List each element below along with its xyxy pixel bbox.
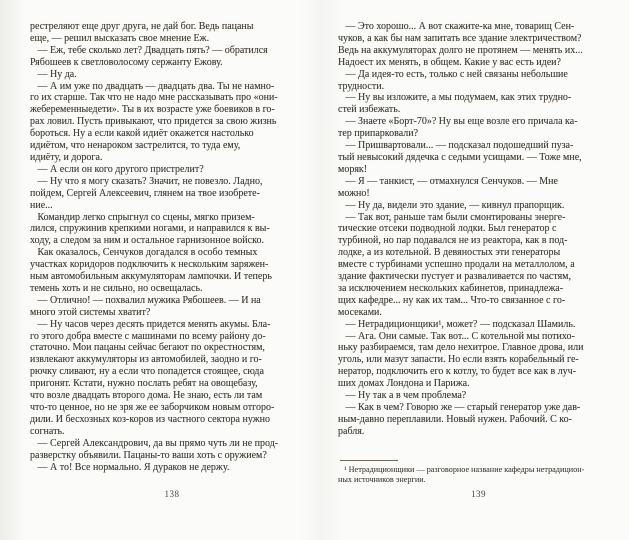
book-spread: рестреляют еще друг друга, не дай бог. В… [0, 0, 629, 540]
left-page-number: 138 [30, 489, 314, 499]
right-page-text: — Это хорошо... А вот скажите-ка мне, то… [338, 21, 619, 438]
left-page: рестреляют еще друг друга, не дай бог. В… [30, 0, 314, 540]
right-page: — Это хорошо... А вот скажите-ка мне, то… [338, 0, 619, 540]
footnote-rule [340, 460, 398, 461]
left-page-text: рестреляют еще друг друга, не дай бог. В… [30, 21, 314, 473]
footnote-text: ¹ Нетрадиционщики — разговорное название… [338, 465, 619, 485]
right-page-number: 139 [338, 489, 619, 499]
